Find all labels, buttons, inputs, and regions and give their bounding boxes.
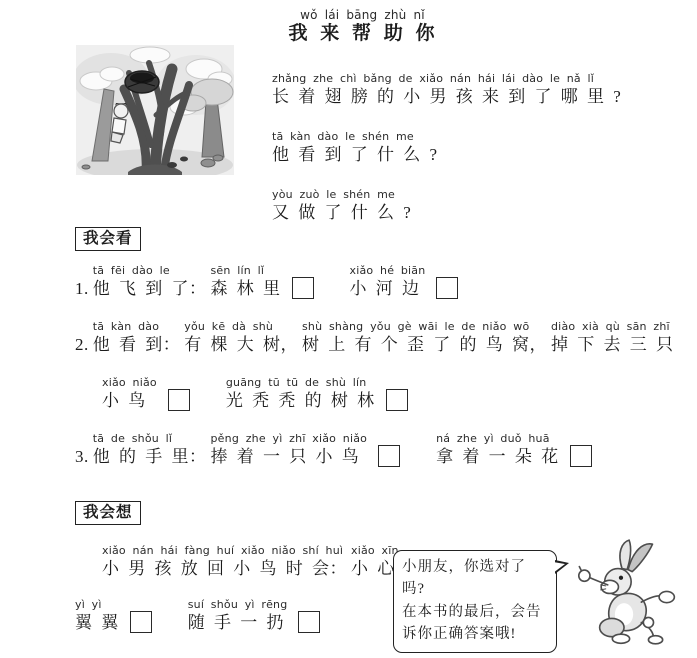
page-title: wǒ lái bāng zhù nǐ 我 来 帮 助 你 bbox=[0, 8, 697, 45]
exercise-row: zhǎng zhe chì bǎng de xiǎo nán hái lái d… bbox=[272, 71, 692, 108]
hanzi-line: 掉 下 去 三 只 bbox=[551, 334, 674, 356]
pinyin-line: pěng zhe yì zhī xiǎo niǎo bbox=[211, 431, 368, 446]
top-row: zhǎng zhe chì bǎng de xiǎo nán hái lái d… bbox=[76, 45, 692, 245]
pinyin-line: tā fēi dào le bbox=[93, 263, 207, 278]
pinyin-text-segment: tā fēi dào le他 飞 到 了： bbox=[93, 263, 207, 300]
rabbit-mascot-icon bbox=[561, 538, 683, 650]
answer-checkbox[interactable] bbox=[386, 389, 408, 411]
bubble-line: 小朋友，你选对了吗? bbox=[402, 556, 548, 601]
hanzi-line: 随 手 一 扔 bbox=[188, 612, 288, 634]
pinyin-line: xiǎo hé biān bbox=[350, 263, 426, 278]
hanzi-line: 光 秃 秃 的 树 林 bbox=[226, 390, 375, 412]
section-look-label: 我会看 bbox=[83, 230, 133, 247]
hanzi-line: 翼 翼 bbox=[75, 612, 119, 634]
pinyin-line bbox=[75, 263, 89, 278]
hanzi-line: 他 看 到： bbox=[93, 334, 181, 356]
exercise-row: 2.tā kàn dào他 看 到：yǒu kē dà shù有 棵 大 树，s… bbox=[75, 319, 697, 356]
pinyin-line: shù shàng yǒu gè wāi le de niǎo wō bbox=[302, 319, 547, 334]
exercise-row: 3.tā de shǒu lǐ他 的 手 里：pěng zhe yì zhī x… bbox=[75, 431, 697, 468]
hanzi-line: 又 做 了 什 么 ? bbox=[272, 202, 411, 224]
speech-bubble: 小朋友，你选对了吗?在本书的最后，会告诉你正确答案哦! bbox=[393, 550, 557, 653]
pinyin-line: sēn lín lǐ bbox=[211, 263, 281, 278]
pinyin-line: tā kàn dào bbox=[93, 319, 181, 334]
answer-checkbox[interactable] bbox=[378, 445, 400, 467]
pinyin-text-segment: sēn lín lǐ森 林 里 bbox=[211, 263, 281, 300]
hanzi-line: 他 的 手 里： bbox=[93, 446, 207, 468]
pinyin-line: suí shǒu yì rēng bbox=[188, 597, 288, 612]
pinyin-line: ná zhe yì duǒ huā bbox=[436, 431, 559, 446]
answer-checkbox[interactable] bbox=[570, 445, 592, 467]
hanzi-line: 3. bbox=[75, 446, 89, 468]
pinyin-text-segment: tā kàn dào他 看 到： bbox=[93, 319, 181, 356]
exercise-row: xiǎo niǎo小 鸟guāng tū tū de shù lín光 秃 秃 … bbox=[102, 375, 697, 412]
hanzi-line: 有 棵 大 树， bbox=[184, 334, 298, 356]
hanzi-line: 拿 着 一 朵 花 bbox=[436, 446, 559, 468]
pinyin-text-segment: xiǎo hé biān小 河 边 bbox=[350, 263, 426, 300]
hanzi-line: 1. bbox=[75, 278, 89, 300]
section-think-label: 我会想 bbox=[83, 504, 133, 521]
pinyin-text-segment: yì yì翼 翼 bbox=[75, 597, 119, 634]
pinyin-line: tā de shǒu lǐ bbox=[93, 431, 207, 446]
pinyin-text-segment: xiǎo niǎo小 鸟 bbox=[102, 375, 157, 412]
pinyin-line bbox=[75, 319, 89, 334]
pinyin-line: tā kàn dào le shén me bbox=[272, 129, 438, 144]
pinyin-text-segment: shù shàng yǒu gè wāi le de niǎo wō树 上 有 … bbox=[302, 319, 547, 356]
pinyin-line: yòu zuò le shén me bbox=[272, 187, 411, 202]
title-text: 我 来 帮 助 你 bbox=[288, 23, 436, 45]
pinyin-line: xiǎo xīn bbox=[351, 543, 399, 558]
pinyin-line: yì yì bbox=[75, 597, 119, 612]
pinyin-line bbox=[75, 431, 89, 446]
pinyin-text-segment: yòu zuò le shén me又 做 了 什 么 ? bbox=[272, 187, 411, 224]
pinyin-text-segment: 3. bbox=[75, 431, 89, 468]
pinyin-text-segment: guāng tū tū de shù lín光 秃 秃 的 树 林 bbox=[226, 375, 375, 412]
forest-illustration bbox=[76, 45, 234, 175]
hanzi-line: 2. bbox=[75, 334, 89, 356]
think-exercise-rows: xiǎo nán hái fàng huí xiǎo niǎo shí huì小… bbox=[75, 543, 415, 651]
hanzi-line: 小 河 边 bbox=[350, 278, 426, 300]
pinyin-text-segment: pěng zhe yì zhī xiǎo niǎo捧 着 一 只 小 鸟 bbox=[211, 431, 368, 468]
bubble-line: 在本书的最后，会告 bbox=[402, 601, 548, 623]
answer-checkbox[interactable] bbox=[292, 277, 314, 299]
pinyin-text-segment: suí shǒu yì rēng随 手 一 扔 bbox=[188, 597, 288, 634]
pinyin-text-segment: zhǎng zhe chì bǎng de xiǎo nán hái lái d… bbox=[272, 71, 621, 108]
pinyin-text-segment: 1. bbox=[75, 263, 89, 300]
pinyin-text-segment: xiǎo nán hái fàng huí xiǎo niǎo shí huì小… bbox=[102, 543, 347, 580]
hanzi-line: 小 心 bbox=[351, 558, 399, 580]
hanzi-line: 森 林 里 bbox=[211, 278, 281, 300]
exercise-row: xiǎo nán hái fàng huí xiǎo niǎo shí huì小… bbox=[102, 543, 415, 580]
pinyin-text-segment: tā kàn dào le shén me他 看 到 了 什 么 ? bbox=[272, 129, 438, 166]
section-header-look: 我会看 bbox=[75, 227, 141, 251]
pinyin-text-segment: 2. bbox=[75, 319, 89, 356]
answer-checkbox[interactable] bbox=[436, 277, 458, 299]
pinyin-text-segment: ná zhe yì duǒ huā拿 着 一 朵 花 bbox=[436, 431, 559, 468]
hanzi-line: 树 上 有 个 歪 了 的 鸟 窝， bbox=[302, 334, 547, 356]
pinyin-text-segment: diào xià qù sān zhī掉 下 去 三 只 bbox=[551, 319, 674, 356]
answer-checkbox[interactable] bbox=[298, 611, 320, 633]
workbook-page: wǒ lái bāng zhù nǐ 我 来 帮 助 你 bbox=[0, 0, 697, 658]
pinyin-line: yǒu kē dà shù bbox=[184, 319, 298, 334]
look-exercise-rows: 1.tā fēi dào le他 飞 到 了：sēn lín lǐ森 林 里xi… bbox=[75, 263, 697, 487]
answer-checkbox[interactable] bbox=[168, 389, 190, 411]
answer-checkbox[interactable] bbox=[130, 611, 152, 633]
intro-questions: zhǎng zhe chì bǎng de xiǎo nán hái lái d… bbox=[272, 45, 692, 245]
pinyin-line: diào xià qù sān zhī bbox=[551, 319, 674, 334]
bubble-line: 诉你正确答案哦! bbox=[402, 623, 548, 645]
pinyin-line: guāng tū tū de shù lín bbox=[226, 375, 375, 390]
hanzi-line: 他 看 到 了 什 么 ? bbox=[272, 144, 438, 166]
section-header-think: 我会想 bbox=[75, 501, 141, 525]
exercise-row: yì yì翼 翼suí shǒu yì rēng随 手 一 扔 bbox=[75, 597, 415, 634]
hanzi-line: 他 飞 到 了： bbox=[93, 278, 207, 300]
pinyin-line: zhǎng zhe chì bǎng de xiǎo nán hái lái d… bbox=[272, 71, 621, 86]
hanzi-line: 小 鸟 bbox=[102, 390, 157, 412]
pinyin-text-segment: xiǎo xīn小 心 bbox=[351, 543, 399, 580]
exercise-row: 1.tā fēi dào le他 飞 到 了：sēn lín lǐ森 林 里xi… bbox=[75, 263, 697, 300]
mascot-group: 小朋友，你选对了吗?在本书的最后，会告诉你正确答案哦! bbox=[393, 550, 683, 653]
pinyin-line: xiǎo niǎo bbox=[102, 375, 157, 390]
pinyin-text-segment: yǒu kē dà shù有 棵 大 树， bbox=[184, 319, 298, 356]
hanzi-line: 捧 着 一 只 小 鸟 bbox=[211, 446, 368, 468]
title-pinyin: wǒ lái bāng zhù nǐ bbox=[288, 8, 436, 23]
exercise-row: tā kàn dào le shén me他 看 到 了 什 么 ? bbox=[272, 129, 692, 166]
hanzi-line: 长 着 翅 膀 的 小 男 孩 来 到 了 哪 里 ? bbox=[272, 86, 621, 108]
exercise-row: yòu zuò le shén me又 做 了 什 么 ? bbox=[272, 187, 692, 224]
hanzi-line: 小 男 孩 放 回 小 鸟 时 会： bbox=[102, 558, 347, 580]
pinyin-line: xiǎo nán hái fàng huí xiǎo niǎo shí huì bbox=[102, 543, 347, 558]
pinyin-text-segment: tā de shǒu lǐ他 的 手 里： bbox=[93, 431, 207, 468]
